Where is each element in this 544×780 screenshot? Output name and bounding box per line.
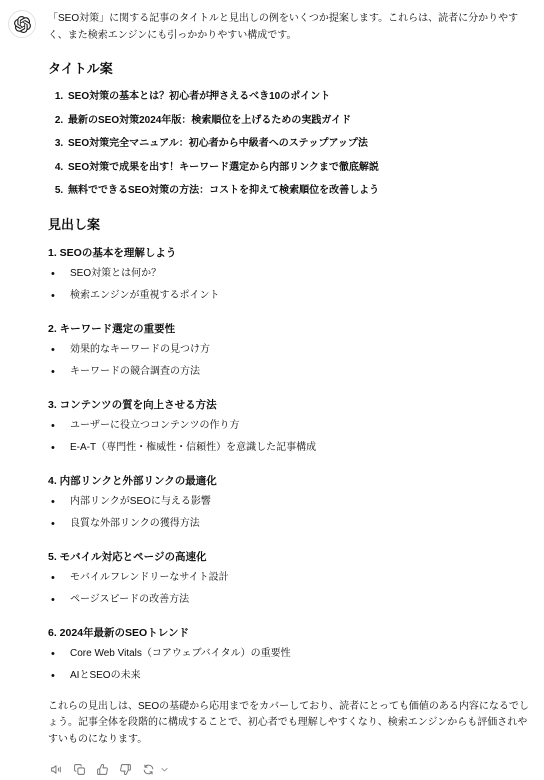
- heading-group-title: 3. コンテンツの質を向上させる方法: [48, 397, 537, 414]
- heading-group-2: 2. キーワード選定の重要性 効果的なキーワードの見つけ方 キーワードの競合調査…: [48, 321, 537, 381]
- heading-group-title: 6. 2024年最新のSEOトレンド: [48, 625, 537, 642]
- heading-group-3: 3. コンテンツの質を向上させる方法 ユーザーに役立つコンテンツの作り方 E-A…: [48, 397, 537, 457]
- thumbs-up-icon: [96, 763, 109, 776]
- heading-bullet: SEO対策とは何か？: [48, 266, 537, 283]
- assistant-message: 「SEO対策」に関する記事のタイトルと見出しの例をいくつか提案します。これらは、…: [0, 0, 544, 778]
- heading-bullet: ページスピードの改善方法: [48, 592, 537, 609]
- intro-paragraph: 「SEO対策」に関する記事のタイトルと見出しの例をいくつか提案します。これらは、…: [48, 11, 537, 44]
- heading-group-4: 4. 内部リンクと外部リンクの最適化 内部リンクがSEOに与える影響 良質な外部…: [48, 473, 537, 533]
- title-suggestions-list: SEO対策の基本とは？初心者が押さえるべき10のポイント 最新のSEO対策202…: [48, 89, 537, 200]
- heading-group-6: 6. 2024年最新のSEOトレンド Core Web Vitals（コアウェブ…: [48, 625, 537, 685]
- read-aloud-button[interactable]: [49, 762, 64, 777]
- title-item: SEO対策の基本とは？初心者が押さえるべき10のポイント: [66, 89, 537, 106]
- title-item: 無料でできるSEO対策の方法：コストを抑えて検索順位を改善しよう: [66, 183, 537, 200]
- headings-heading: 見出し案: [48, 217, 537, 232]
- heading-group-title: 1. SEOの基本を理解しよう: [48, 245, 537, 262]
- heading-bullet: 効果的なキーワードの見つけ方: [48, 342, 537, 359]
- thumbs-down-icon: [119, 763, 132, 776]
- message-content: 「SEO対策」に関する記事のタイトルと見出しの例をいくつか提案します。これらは、…: [48, 10, 537, 778]
- copy-icon: [73, 763, 86, 776]
- title-item: SEO対策で成果を出す！キーワード選定から内部リンクまで徹底解説: [66, 160, 537, 177]
- assistant-avatar: [8, 10, 36, 38]
- title-item: SEO対策完全マニュアル：初心者から中級者へのステップアップ法: [66, 136, 537, 153]
- heading-group-1: 1. SEOの基本を理解しよう SEO対策とは何か？ 検索エンジンが重視するポイ…: [48, 245, 537, 305]
- title-item: 最新のSEO対策2024年版：検索順位を上げるための実践ガイド: [66, 113, 537, 130]
- heading-group-title: 4. 内部リンクと外部リンクの最適化: [48, 473, 537, 490]
- heading-bullet: E-A-T（専門性・権威性・信頼性）を意識した記事構成: [48, 440, 537, 457]
- heading-group-5: 5. モバイル対応とページの高速化 モバイルフレンドリーなサイト設計 ページスピ…: [48, 549, 537, 609]
- openai-logo-icon: [14, 16, 31, 33]
- regenerate-button[interactable]: [141, 762, 156, 777]
- thumbs-down-button[interactable]: [118, 762, 133, 777]
- titles-heading: タイトル案: [48, 61, 537, 76]
- closing-paragraph: これらの見出しは、SEOの基礎から応用までをカバーしており、読者にとっても価値の…: [48, 699, 537, 749]
- chevron-down-icon: [160, 765, 169, 774]
- heading-bullet: AIとSEOの未来: [48, 668, 537, 685]
- model-options-button[interactable]: [157, 762, 172, 777]
- regenerate-icon: [142, 763, 155, 776]
- heading-bullet: Core Web Vitals（コアウェブバイタル）の重要性: [48, 646, 537, 663]
- heading-group-title: 2. キーワード選定の重要性: [48, 321, 537, 338]
- message-action-bar: [49, 760, 537, 778]
- speaker-icon: [50, 763, 63, 776]
- heading-bullet: 良質な外部リンクの獲得方法: [48, 516, 537, 533]
- heading-bullet: モバイルフレンドリーなサイト設計: [48, 570, 537, 587]
- heading-bullet: 検索エンジンが重視するポイント: [48, 288, 537, 305]
- heading-group-title: 5. モバイル対応とページの高速化: [48, 549, 537, 566]
- heading-bullet: ユーザーに役立つコンテンツの作り方: [48, 418, 537, 435]
- regenerate-button-group: [141, 762, 172, 777]
- copy-button[interactable]: [72, 762, 87, 777]
- thumbs-up-button[interactable]: [95, 762, 110, 777]
- heading-bullet: キーワードの競合調査の方法: [48, 364, 537, 381]
- heading-bullet: 内部リンクがSEOに与える影響: [48, 494, 537, 511]
